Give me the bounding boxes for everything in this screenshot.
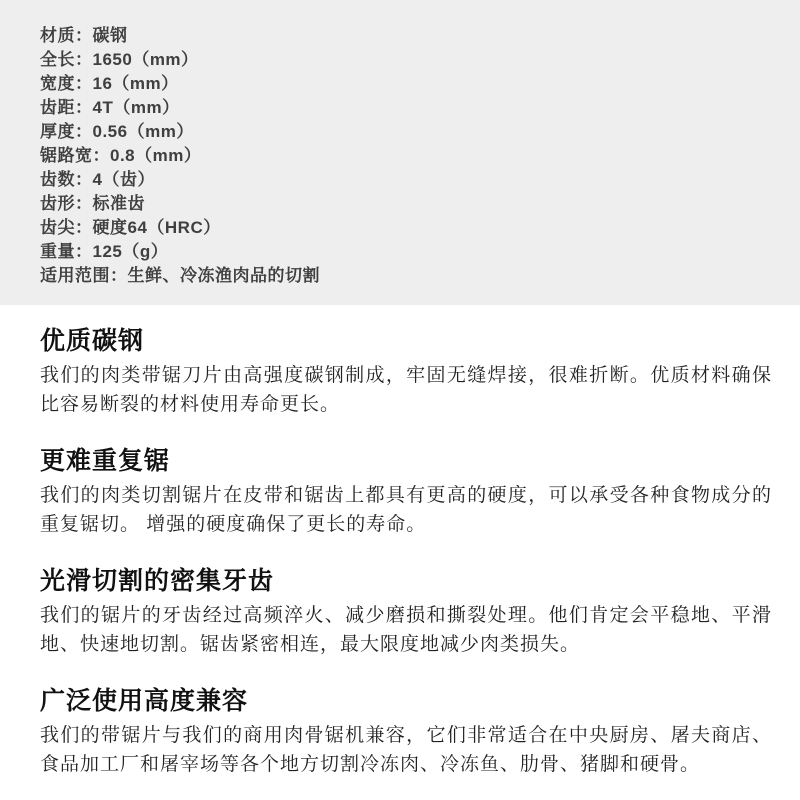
section-body: 我们的锯片的牙齿经过高频淬火、减少磨损和撕裂处理。他们肯定会平稳地、平滑地、快速… [40, 601, 772, 659]
spec-line-total-length: 全长：1650（mm） [40, 48, 770, 72]
spec-line-thickness: 厚度：0.56（mm） [40, 120, 770, 144]
spec-line-kerf-width: 锯路宽：0.8（mm） [40, 144, 770, 168]
section-body: 我们的肉类切割锯片在皮带和锯齿上都具有更高的硬度，可以承受各种食物成分的重复锯切… [40, 481, 772, 539]
section-title: 优质碳钢 [40, 325, 772, 357]
spec-line-weight: 重量：125（g） [40, 240, 770, 264]
section-harder-repeat-sawing: 更难重复锯 我们的肉类切割锯片在皮带和锯齿上都具有更高的硬度，可以承受各种食物成… [40, 445, 772, 539]
section-wide-compatibility: 广泛使用高度兼容 我们的带锯片与我们的商用肉骨锯机兼容，它们非常适合在中央厨房、… [40, 685, 772, 779]
section-body: 我们的带锯片与我们的商用肉骨锯机兼容，它们非常适合在中央厨房、屠夫商店、食品加工… [40, 721, 772, 779]
section-title: 更难重复锯 [40, 445, 772, 477]
spec-line-width: 宽度：16（mm） [40, 72, 770, 96]
section-title: 广泛使用高度兼容 [40, 685, 772, 717]
spec-line-tooth-shape: 齿形：标准齿 [40, 192, 770, 216]
spec-line-application-range: 适用范围：生鲜、冷冻渔肉品的切割 [40, 264, 770, 288]
section-dense-teeth-smooth-cut: 光滑切割的密集牙齿 我们的锯片的牙齿经过高频淬火、减少磨损和撕裂处理。他们肯定会… [40, 565, 772, 659]
spec-line-tooth-tip-hardness: 齿尖：硬度64（HRC） [40, 216, 770, 240]
section-title: 光滑切割的密集牙齿 [40, 565, 772, 597]
section-quality-carbon-steel: 优质碳钢 我们的肉类带锯刀片由高强度碳钢制成，牢固无缝焊接，很难折断。优质材料确… [40, 325, 772, 419]
spec-line-tooth-pitch: 齿距：4T（mm） [40, 96, 770, 120]
section-body: 我们的肉类带锯刀片由高强度碳钢制成，牢固无缝焊接，很难折断。优质材料确保比容易断… [40, 361, 772, 419]
product-spec-panel: 材质：碳钢 全长：1650（mm） 宽度：16（mm） 齿距：4T（mm） 厚度… [0, 0, 800, 305]
spec-line-material: 材质：碳钢 [40, 24, 770, 48]
product-description-content: 优质碳钢 我们的肉类带锯刀片由高强度碳钢制成，牢固无缝焊接，很难折断。优质材料确… [0, 325, 800, 799]
spec-line-tooth-count: 齿数：4（齿） [40, 168, 770, 192]
